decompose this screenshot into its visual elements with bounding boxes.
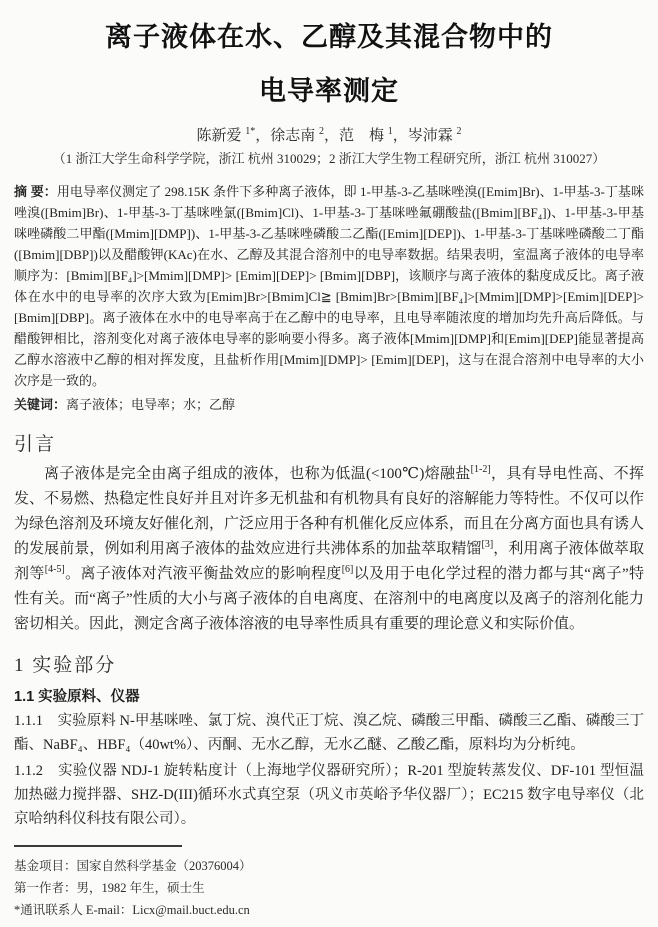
section-introduction-heading: 引言 bbox=[14, 432, 644, 458]
footnote-funding: 基金项目：国家自然科学基金（20376004） bbox=[14, 855, 644, 877]
paper-title-line-1: 离子液体在水、乙醇及其混合物中的 bbox=[14, 10, 644, 64]
author-affiliations: （1 浙江大学生命科学学院，浙江 杭州 310029；2 浙江大学生物工程研究所… bbox=[14, 149, 644, 169]
introduction-paragraph: 离子液体是完全由离子组成的液体，也称为低温(<100℃)熔融盐[1-2]，具有导… bbox=[14, 462, 644, 637]
footnote-corresponding-author: *通讯联系人 E-mail：Licx@mail.buct.edu.cn bbox=[14, 899, 644, 921]
abstract-text: 用电导率仪测定了 298.15K 条件下多种离子液体，即 1-甲基-3-乙基咪唑… bbox=[14, 184, 644, 388]
keywords-text: 离子液体；电导率；水；乙醇 bbox=[66, 397, 235, 412]
section-1-1-heading: 1.1 实验原料、仪器 bbox=[14, 687, 644, 707]
paragraph-1-1-2-instruments: 1.1.2 实验仪器 NDJ-1 旋转粘度计（上海地学仪器研究所）；R-201 … bbox=[14, 759, 644, 831]
paper-title: 离子液体在水、乙醇及其混合物中的 电导率测定 bbox=[14, 10, 644, 118]
paper-page: 离子液体在水、乙醇及其混合物中的 电导率测定 陈新爱 1*，徐志南 2，范 梅 … bbox=[0, 0, 658, 927]
author-list: 陈新爱 1*，徐志南 2，范 梅 1，岑沛霖 2 bbox=[14, 126, 644, 147]
paper-title-line-2: 电导率测定 bbox=[14, 64, 644, 118]
section-1-heading: 1 实验部分 bbox=[14, 653, 644, 679]
footnotes-block: 基金项目：国家自然科学基金（20376004） 第一作者：男，1982 年生，硕… bbox=[14, 855, 644, 921]
keywords-line: 关键词：离子液体；电导率；水；乙醇 bbox=[14, 393, 644, 416]
abstract-label: 摘 要： bbox=[14, 184, 57, 199]
footnote-first-author: 第一作者：男，1982 年生，硕士生 bbox=[14, 877, 644, 899]
paragraph-1-1-1-materials: 1.1.1 实验原料 N-甲基咪唑、氯丁烷、溴代正丁烷、溴乙烷、磷酸三甲酯、磷酸… bbox=[14, 709, 644, 757]
abstract-paragraph: 摘 要：用电导率仪测定了 298.15K 条件下多种离子液体，即 1-甲基-3-… bbox=[14, 181, 644, 391]
footnote-divider bbox=[14, 845, 182, 847]
keywords-label: 关键词： bbox=[14, 397, 66, 412]
